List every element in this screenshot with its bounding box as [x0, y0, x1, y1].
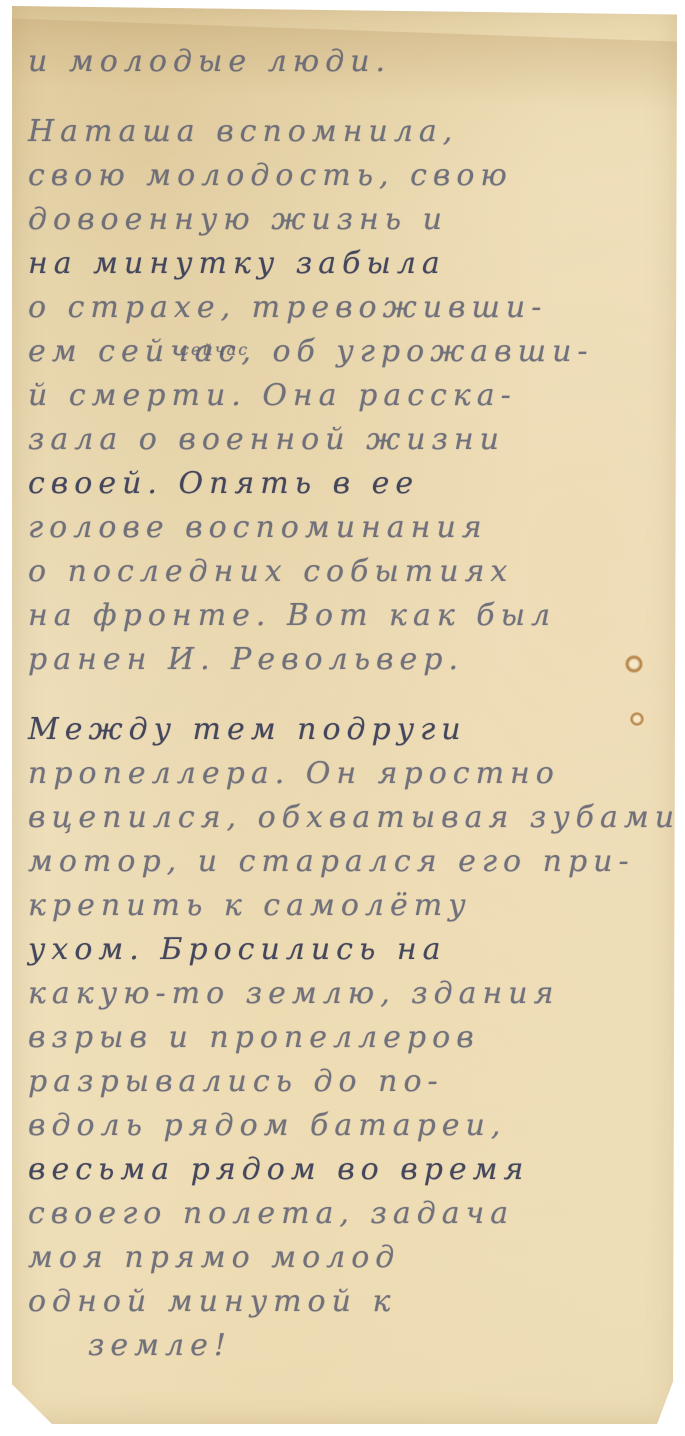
- text-line: Наташа вспомнила,: [28, 110, 668, 154]
- text-line: голове воспоминания: [28, 506, 668, 550]
- text-line: на минутку забыла: [28, 242, 668, 286]
- text-line: весьма рядом во время: [28, 1148, 668, 1192]
- text-line: своей. Опять в ее: [28, 462, 668, 506]
- text-line: взрыв и пропеллеров: [28, 1016, 668, 1060]
- text-line: ухом. Бросились на: [28, 928, 668, 972]
- text-line: о страхе, тревоживши-: [28, 286, 668, 330]
- text-insertion: сейчас: [180, 342, 685, 358]
- text-line: какую-то землю, здания: [28, 972, 668, 1016]
- text-line: крепить к самолёту: [28, 884, 668, 928]
- text-line: пропеллера. Он яростно: [28, 752, 668, 796]
- handwritten-text-body: и молодые люди. Наташа вспомнила, свою м…: [28, 40, 668, 1368]
- text-line: и молодые люди.: [28, 40, 668, 110]
- text-line: Между тем подруги: [28, 708, 668, 752]
- text-line: земле!: [28, 1324, 668, 1368]
- text-line: ранен И. Револьвер.: [28, 638, 668, 708]
- text-line: вдоль рядом батареи,: [28, 1104, 668, 1148]
- text-line: на фронте. Вот как был: [28, 594, 668, 638]
- text-line: свою молодость, свою: [28, 154, 668, 198]
- text-line: моя прямо молод: [28, 1236, 668, 1280]
- text-line: довоенную жизнь и: [28, 198, 668, 242]
- text-line: зала о военной жизни: [28, 418, 668, 462]
- text-line: одной минутой к: [28, 1280, 668, 1324]
- text-line: вцепился, обхватывая зубами: [28, 796, 668, 840]
- text-line: мотор, и старался его при-: [28, 840, 668, 884]
- text-line: своего полета, задача: [28, 1192, 668, 1236]
- text-line: разрывались до по-: [28, 1060, 668, 1104]
- text-line: й смерти. Она расска-: [28, 374, 668, 418]
- text-line: о последних событиях: [28, 550, 668, 594]
